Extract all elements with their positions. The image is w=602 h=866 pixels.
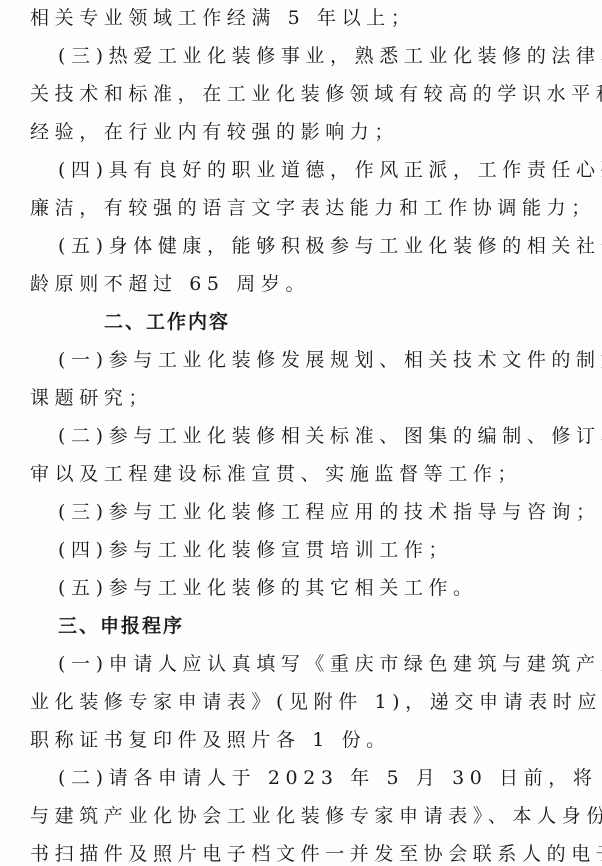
paragraph-line: 廉洁，有较强的语言文字表达能力和工作协调能力；	[30, 195, 585, 221]
paragraph-line: (一)申请人应认真填写《重庆市绿色建筑与建筑产业化协会工	[58, 651, 585, 677]
paragraph-line: 课题研究；	[30, 385, 585, 411]
paragraph-line: (二)参与工业化装修相关标准、图集的编制、修订、审查、复	[58, 423, 585, 449]
paragraph-line: (四)具有良好的职业道德，作风正派，工作责任心强，公正、	[58, 157, 585, 183]
paragraph-line: 书扫描件及照片电子档文件一并发至协会联系人的电子邮箱。	[30, 841, 585, 866]
paragraph-line: (一)参与工业化装修发展规划、相关技术文件的制定以及相关	[58, 347, 585, 373]
paragraph-line: 职称证书复印件及照片各 1 份。	[30, 727, 585, 753]
document-page: 相关专业领域工作经满 5 年以上； (三)热爱工业化装修事业，熟悉工业化装修的法…	[0, 0, 602, 866]
paragraph-line: 关技术和标准，在工业化装修领域有较高的学识水平和丰富的实践	[30, 81, 585, 107]
paragraph-line: (三)参与工业化装修工程应用的技术指导与咨询；	[58, 499, 585, 525]
paragraph-line: (五)身体健康，能够积极参与工业化装修的相关社会活动，年	[58, 233, 585, 259]
paragraph-line: (四)参与工业化装修宣贯培训工作；	[58, 537, 585, 563]
paragraph-line: (五)参与工业化装修的其它相关工作。	[58, 575, 585, 601]
paragraph-line: 审以及工程建设标准宣贯、实施监督等工作；	[30, 461, 585, 487]
section-heading-application-procedure: 三、申报程序	[58, 613, 602, 639]
paragraph-line: 龄原则不超过 65 周岁。	[30, 271, 585, 297]
paragraph-line: 与建筑产业化协会工业化装修专家申请表》、本人身份证、职称证	[30, 803, 585, 829]
paragraph-line: 经验，在行业内有较强的影响力；	[30, 119, 585, 145]
paragraph-line: (二)请各申请人于 2023 年 5 月 30 日前，将《重庆市绿色建筑	[58, 765, 585, 791]
paragraph-line: (三)热爱工业化装修事业，熟悉工业化装修的法律、法规、相	[58, 43, 585, 69]
paragraph-line: 相关专业领域工作经满 5 年以上；	[30, 5, 585, 31]
paragraph-line: 业化装修专家申请表》(见附件 1)，递交申请表时应附本人身份证、	[30, 689, 585, 715]
section-heading-work-content: 二、工作内容	[104, 309, 602, 335]
